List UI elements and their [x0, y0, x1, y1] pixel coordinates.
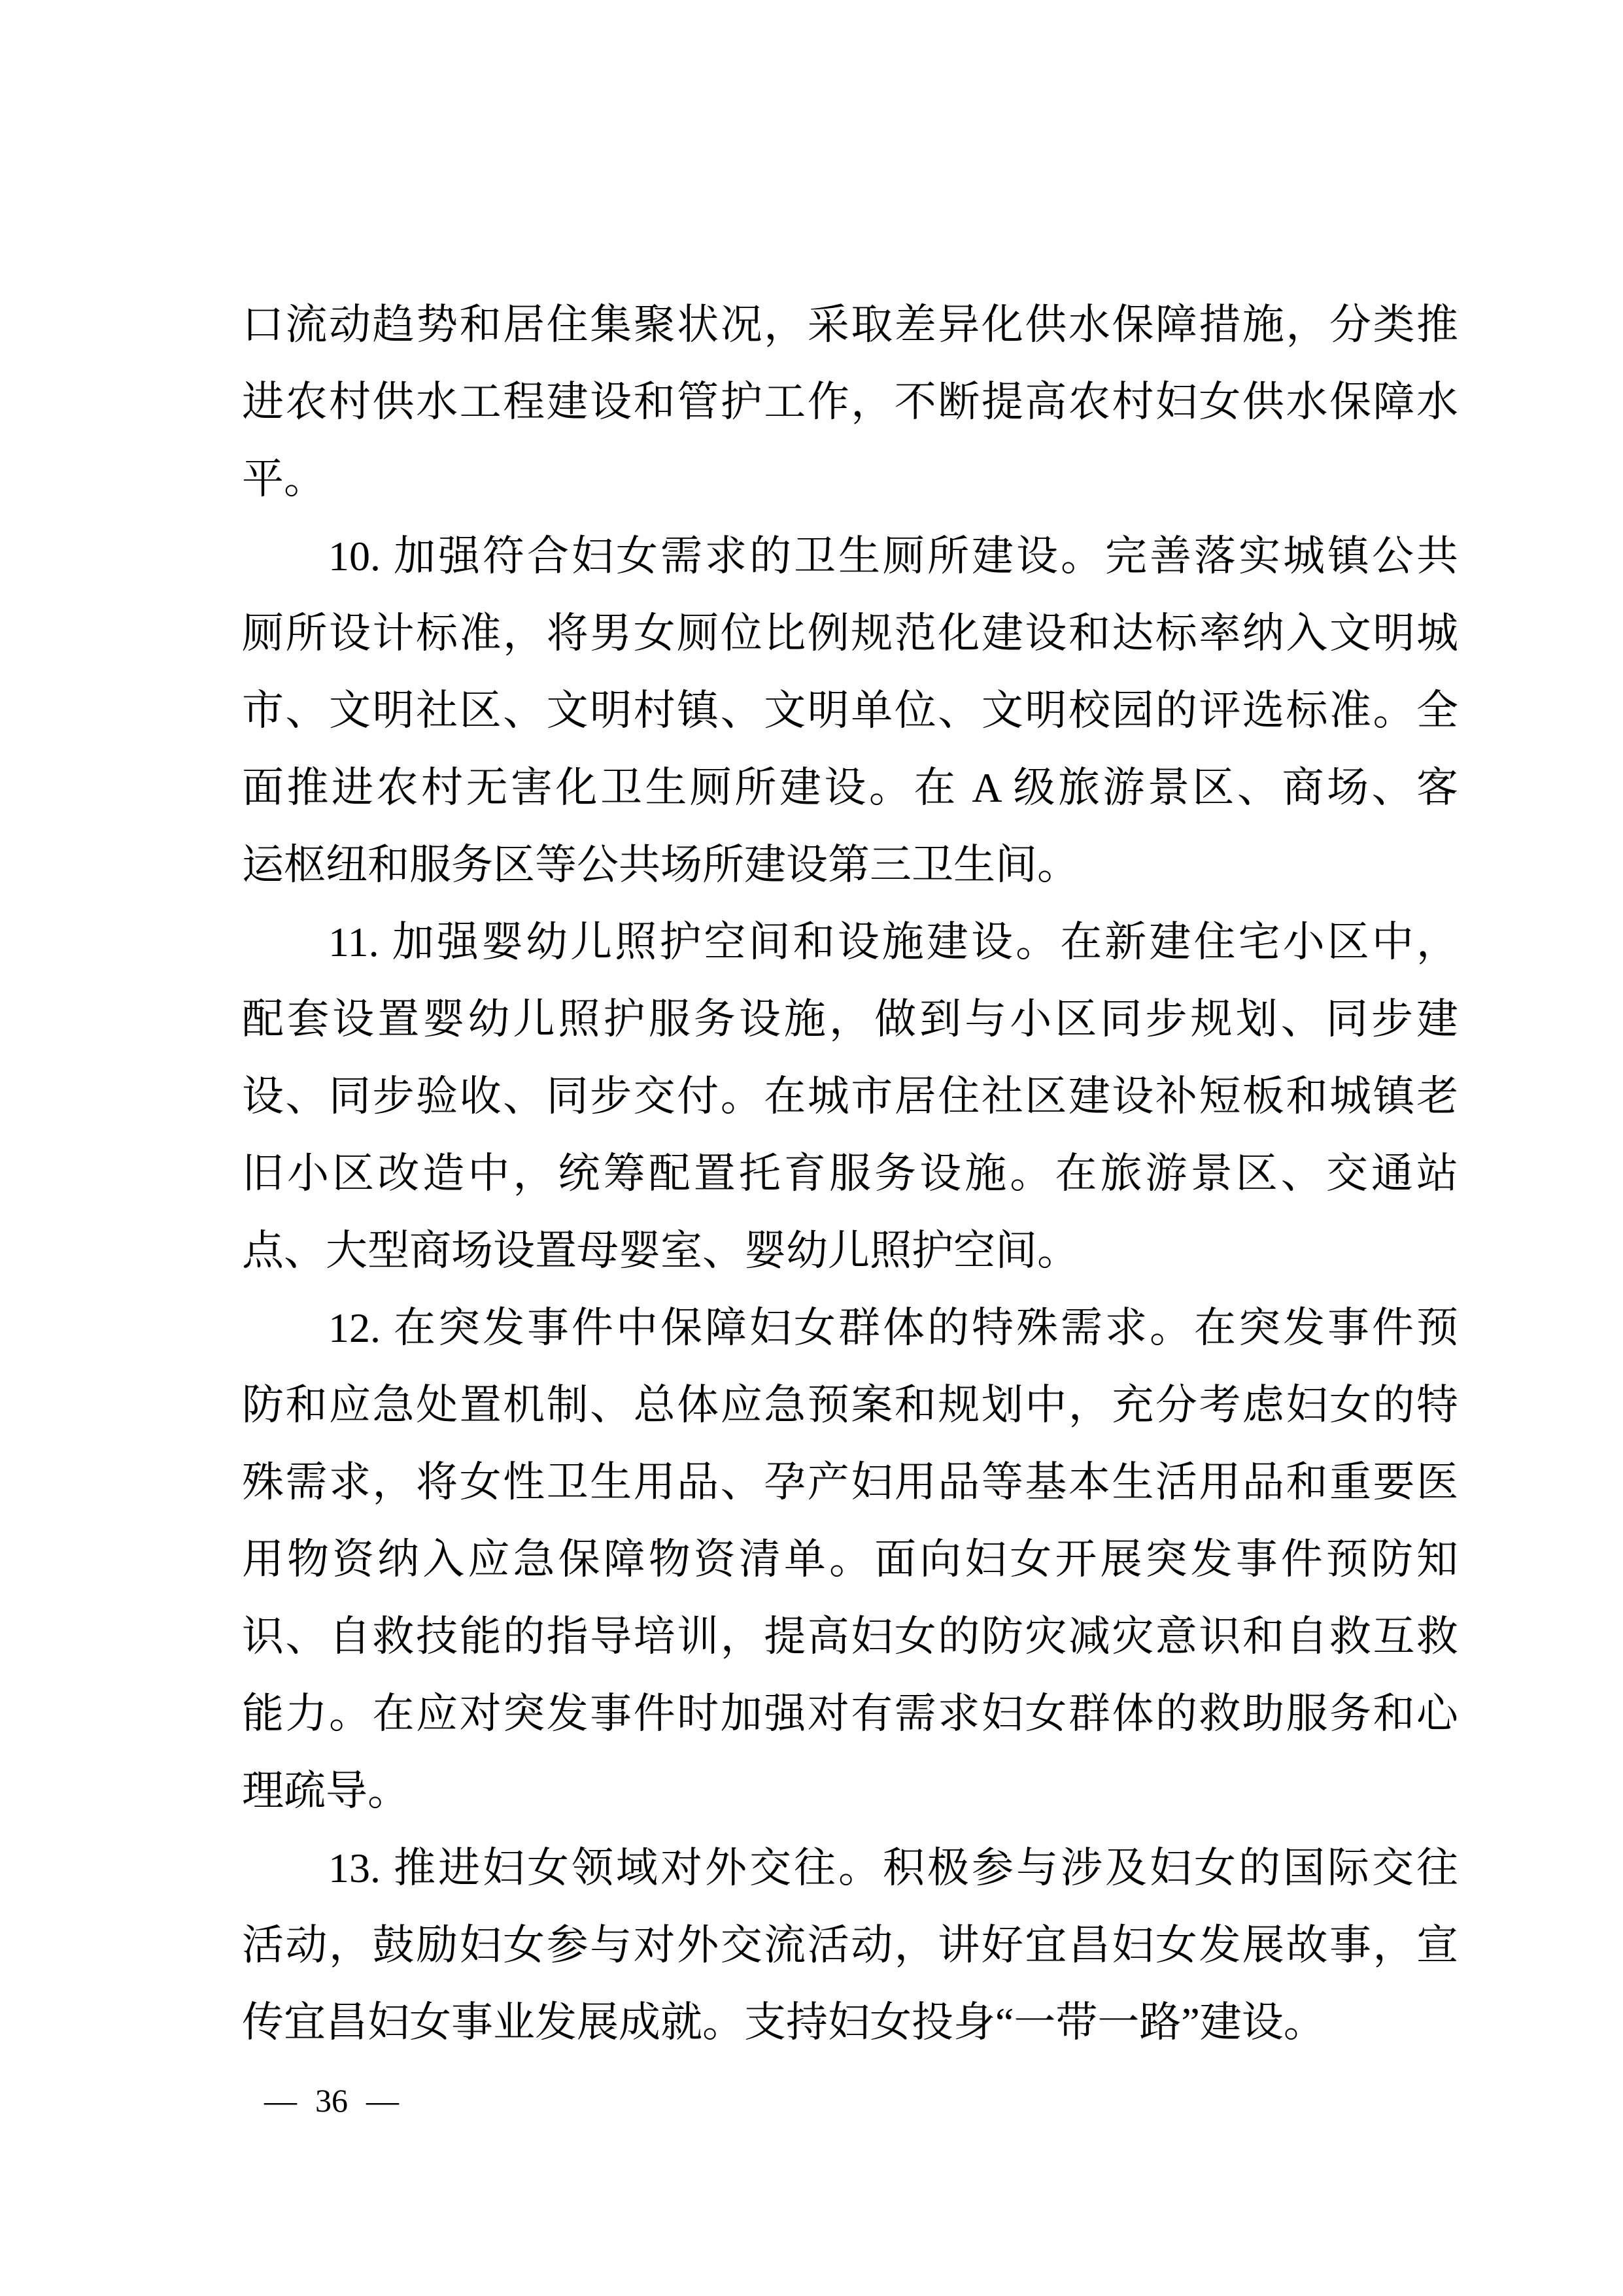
- footer-dash-right: —: [366, 2082, 399, 2119]
- text-line: 点、大型商场设置母婴室、婴幼儿照护空间。: [242, 1212, 1458, 1290]
- text-line: 识、自救技能的指导培训，提高妇女的防灾减灾意识和自救互救: [242, 1598, 1458, 1675]
- text-line: 面推进农村无害化卫生厕所建设。在 A 级旅游景区、商场、客: [242, 749, 1458, 827]
- text-line: 进农村供水工程建设和管护工作，不断提高农村妇女供水保障水: [242, 364, 1458, 441]
- footer-dash-left: —: [264, 2082, 297, 2119]
- text-line: 平。: [242, 441, 1458, 518]
- page-number: 36: [315, 2082, 348, 2119]
- page-footer: — 36 —: [264, 2082, 399, 2119]
- text-line: 10. 加强符合妇女需求的卫生厕所建设。完善落实城镇公共: [242, 518, 1458, 595]
- document-page: 口流动趋势和居住集聚状况，采取差异化供水保障措施，分类推进农村供水工程建设和管护…: [0, 0, 1623, 2296]
- text-line: 旧小区改造中，统筹配置托育服务设施。在旅游景区、交通站: [242, 1135, 1458, 1212]
- text-line: 传宜昌妇女事业发展成就。支持妇女投身“一带一路”建设。: [242, 1984, 1458, 2061]
- document-body: 口流动趋势和居住集聚状况，采取差异化供水保障措施，分类推进农村供水工程建设和管护…: [242, 286, 1458, 2061]
- text-line: 设、同步验收、同步交付。在城市居住社区建设补短板和城镇老: [242, 1058, 1458, 1135]
- text-line: 防和应急处置机制、总体应急预案和规划中，充分考虑妇女的特: [242, 1367, 1458, 1444]
- text-line: 厕所设计标准，将男女厕位比例规范化建设和达标率纳入文明城: [242, 595, 1458, 672]
- text-line: 运枢纽和服务区等公共场所建设第三卫生间。: [242, 827, 1458, 904]
- text-line: 活动，鼓励妇女参与对外交流活动，讲好宜昌妇女发展故事，宣: [242, 1907, 1458, 1984]
- text-line: 配套设置婴幼儿照护服务设施，做到与小区同步规划、同步建: [242, 981, 1458, 1058]
- text-line: 13. 推进妇女领域对外交往。积极参与涉及妇女的国际交往: [242, 1830, 1458, 1907]
- text-line: 能力。在应对突发事件时加强对有需求妇女群体的救助服务和心: [242, 1675, 1458, 1753]
- text-line: 理疏导。: [242, 1753, 1458, 1830]
- text-line: 市、文明社区、文明村镇、文明单位、文明校园的评选标准。全: [242, 672, 1458, 749]
- text-line: 口流动趋势和居住集聚状况，采取差异化供水保障措施，分类推: [242, 286, 1458, 364]
- text-line: 用物资纳入应急保障物资清单。面向妇女开展突发事件预防知: [242, 1521, 1458, 1598]
- text-line: 11. 加强婴幼儿照护空间和设施建设。在新建住宅小区中，: [242, 904, 1458, 981]
- text-line: 殊需求，将女性卫生用品、孕产妇用品等基本生活用品和重要医: [242, 1444, 1458, 1521]
- text-line: 12. 在突发事件中保障妇女群体的特殊需求。在突发事件预: [242, 1290, 1458, 1367]
